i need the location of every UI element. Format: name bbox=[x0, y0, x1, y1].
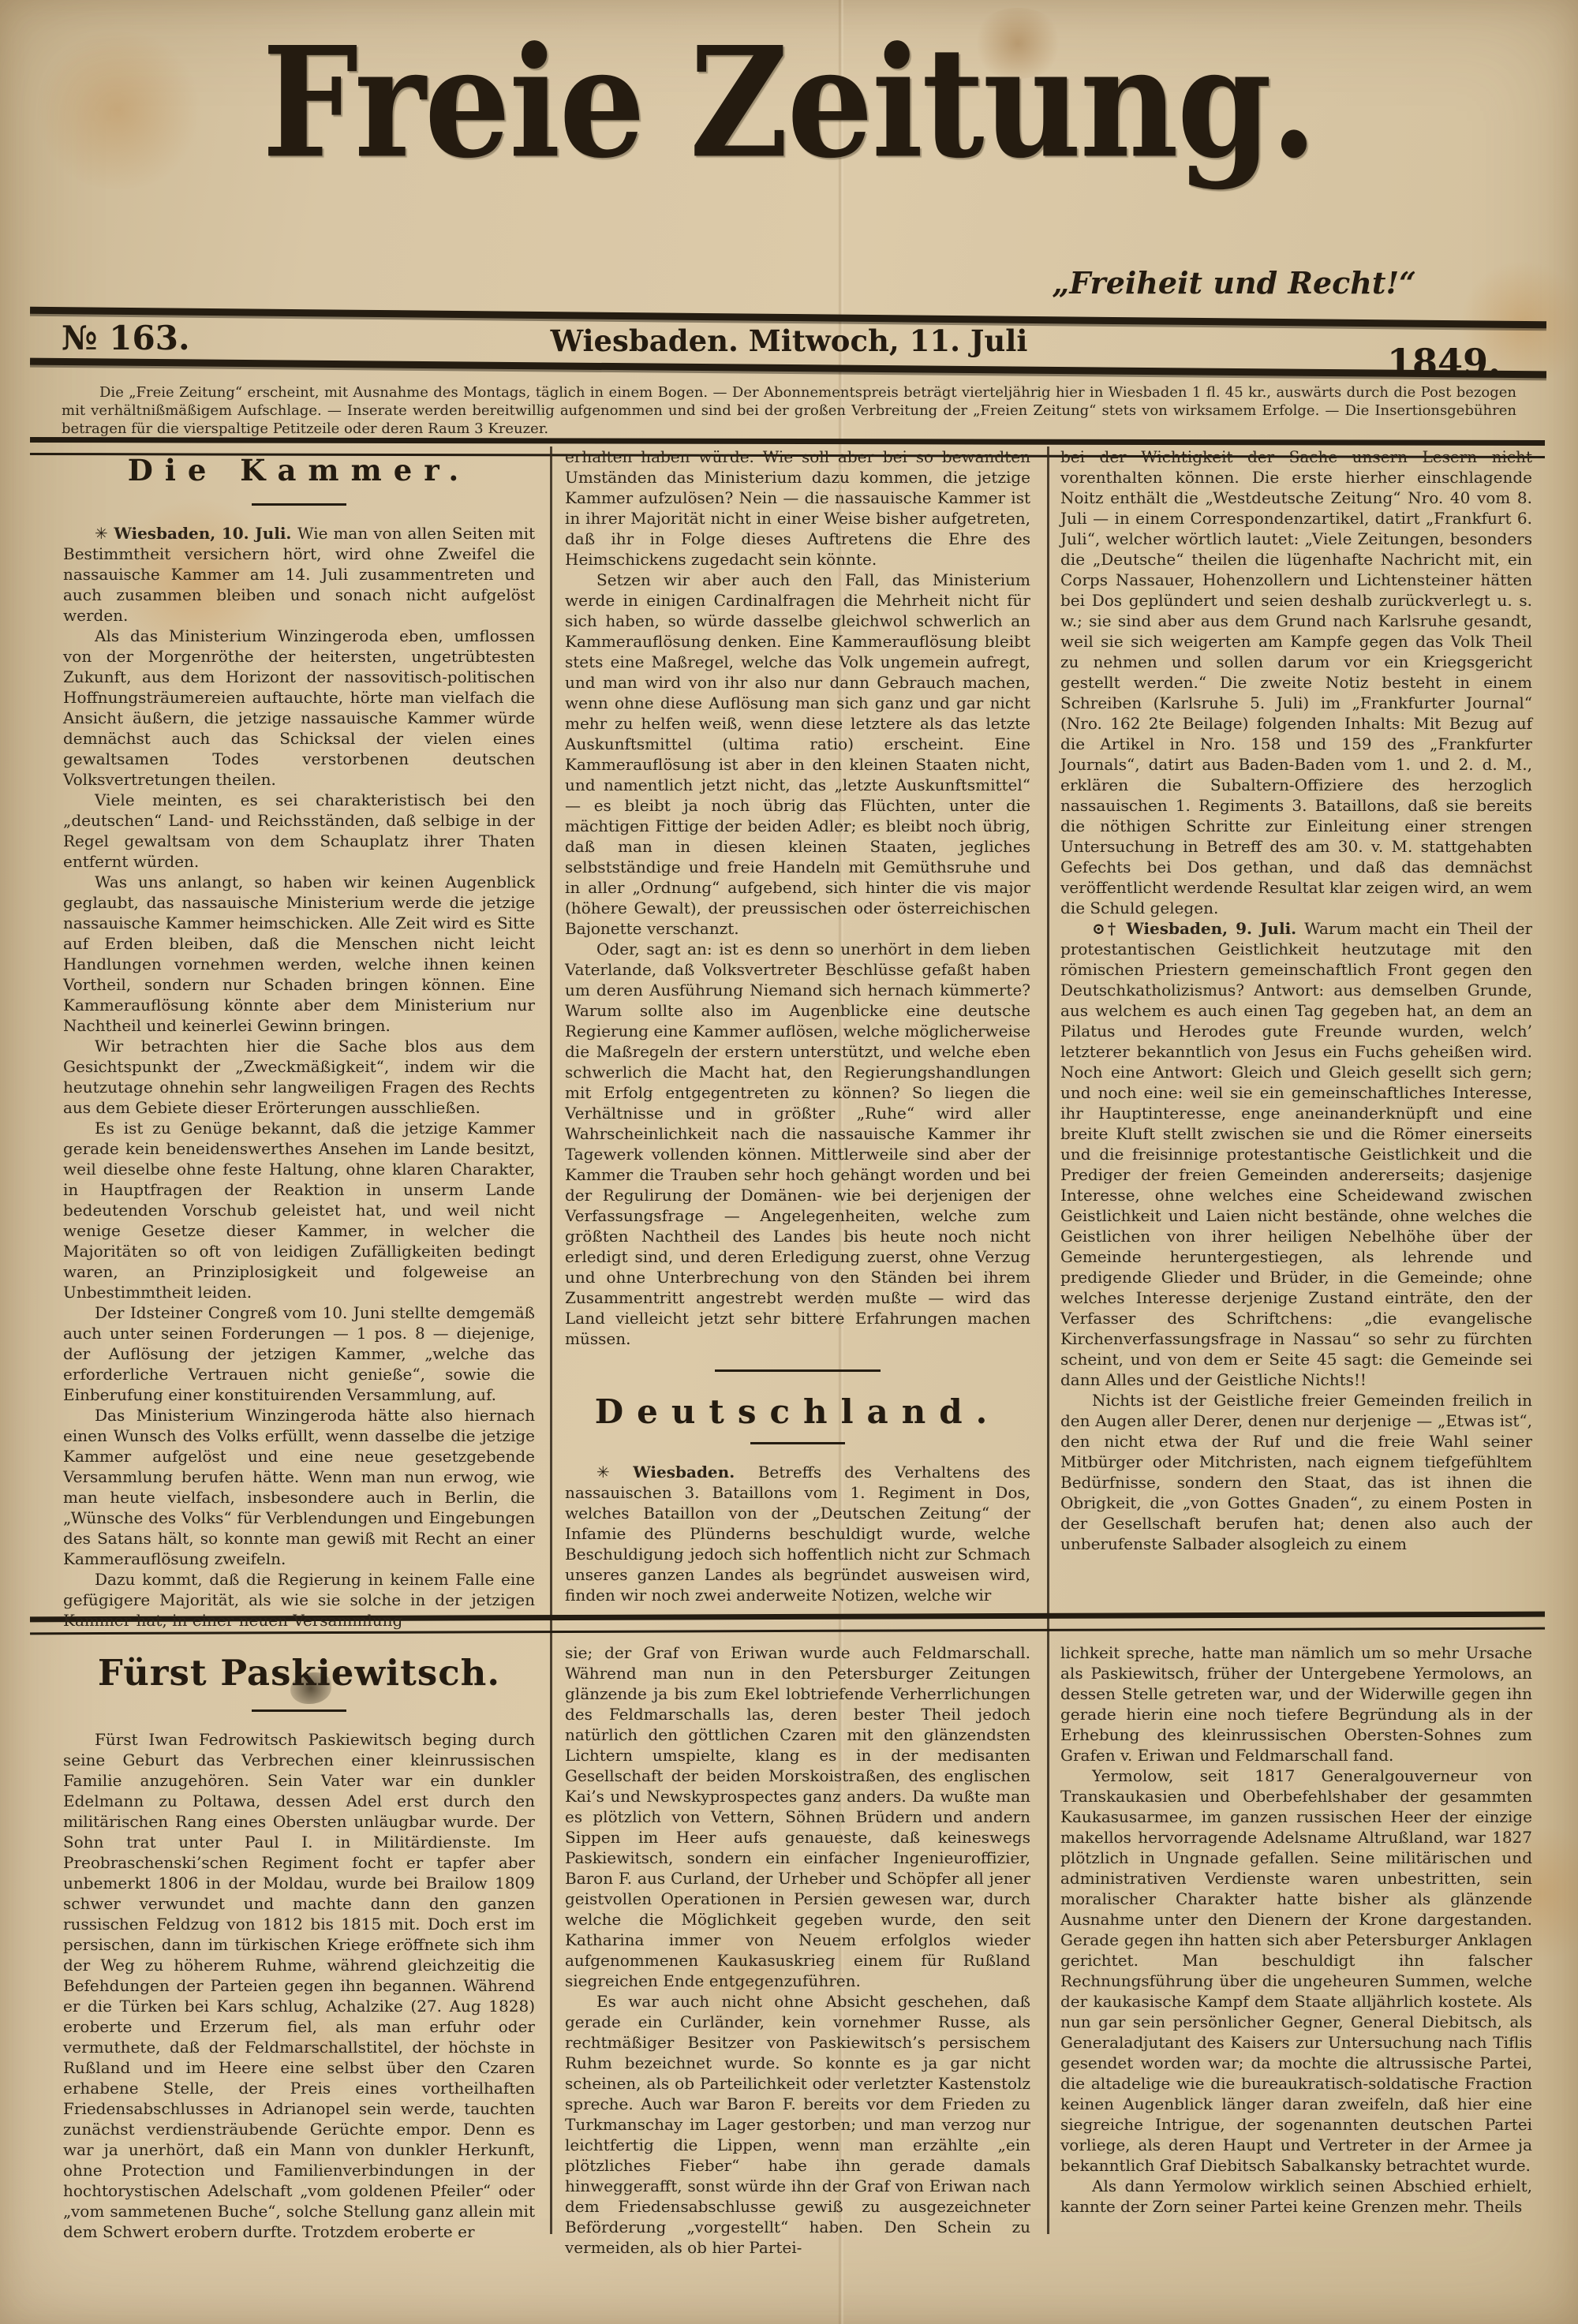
paragraph: Fürst Iwan Fedrowitsch Paskiewitsch begi… bbox=[63, 1729, 535, 2242]
column-middle-top: erhalten haben würde. Wie soll aber bei … bbox=[565, 446, 1030, 1605]
paragraph: Als das Ministerium Winzingeroda eben, u… bbox=[63, 626, 535, 790]
paragraph: Yermolow, seit 1817 Generalgouverneur vo… bbox=[1060, 1765, 1532, 2176]
paskiewitsch-body-end: lichkeit spreche, hatte man nämlich um s… bbox=[1060, 1642, 1532, 2217]
column-separator-left bbox=[550, 446, 552, 2234]
column-right-top: bei der Wichtigkeit der Sache unsern Les… bbox=[1060, 446, 1532, 1554]
heading-divider bbox=[252, 1709, 346, 1712]
paragraph: Es ist zu Genüge bekannt, daß die jetzig… bbox=[63, 1118, 535, 1302]
paragraph: Was uns anlangt, so haben wir keinen Aug… bbox=[63, 872, 535, 1036]
section-heading-deutschland: Deutschland. bbox=[565, 1392, 1030, 1431]
column-right-bottom: lichkeit spreche, hatte man nämlich um s… bbox=[1060, 1642, 1532, 2217]
article-die-kammer: Die Kammer. ✳ Wiesbaden, 10. Juli. Wie m… bbox=[63, 451, 535, 1631]
heading-divider bbox=[750, 1442, 845, 1444]
article-end-divider bbox=[715, 1369, 881, 1372]
paragraph: erhalten haben würde. Wie soll aber bei … bbox=[565, 446, 1030, 570]
paragraph: Das Ministerium Winzingeroda hätte also … bbox=[63, 1405, 535, 1569]
paragraph: Setzen wir aber auch den Fall, das Minis… bbox=[565, 570, 1030, 939]
paragraph: Nichts ist der Geistliche freier Gemeind… bbox=[1060, 1390, 1532, 1554]
article-heading-die-kammer: Die Kammer. bbox=[63, 453, 535, 488]
imprint-notice: Die „Freie Zeitung“ erscheint, mit Ausna… bbox=[62, 383, 1516, 438]
paskiewitsch-body: Fürst Iwan Fedrowitsch Paskiewitsch begi… bbox=[63, 1729, 535, 2242]
paragraph: sie; der Graf von Eriwan wurde auch Feld… bbox=[565, 1642, 1030, 1991]
paragraph: Als dann Yermolow wirklich seinen Abschi… bbox=[1060, 2176, 1532, 2217]
article-heading-paskiewitsch: Fürst Paskiewitsch. bbox=[63, 1652, 535, 1694]
paragraph: ✳ Wiesbaden, 10. Juli. Wie man von allen… bbox=[63, 523, 535, 626]
newspaper-motto: „Freiheit und Recht!“ bbox=[1053, 265, 1417, 301]
deutschland-body: ✳ Wiesbaden. Betreffs des Verhaltens des… bbox=[565, 1462, 1030, 1605]
article-fuerst-paskiewitsch: Fürst Paskiewitsch. Fürst Iwan Fedrowits… bbox=[63, 1650, 535, 2242]
paragraph: bei der Wichtigkeit der Sache unsern Les… bbox=[1060, 446, 1532, 918]
newspaper-title: Freie Zeitung. bbox=[0, 13, 1578, 192]
paskiewitsch-body-continued: sie; der Graf von Eriwan wurde auch Feld… bbox=[565, 1642, 1030, 2258]
header-rule-bottom bbox=[30, 358, 1546, 379]
heading-divider bbox=[252, 503, 346, 506]
article-body: ✳ Wiesbaden, 10. Juli. Wie man von allen… bbox=[63, 523, 535, 1631]
paragraph: Dazu kommt, daß die Regierung in keinem … bbox=[63, 1569, 535, 1631]
column-separator-right bbox=[1047, 446, 1049, 2234]
paragraph: Wir betrachten hier die Sache blos aus d… bbox=[63, 1036, 535, 1118]
deutschland-body-continued: bei der Wichtigkeit der Sache unsern Les… bbox=[1060, 446, 1532, 1554]
paragraph: Der Idsteiner Congreß vom 10. Juni stell… bbox=[63, 1302, 535, 1405]
paragraph: Es war auch nicht ohne Absicht geschehen… bbox=[565, 1991, 1030, 2258]
newspaper-page: Freie Zeitung. „Freiheit und Recht!“ № 1… bbox=[0, 0, 1578, 2324]
paragraph: ⊙† Wiesbaden, 9. Juli. Warum macht ein T… bbox=[1060, 918, 1532, 1390]
paragraph: ✳ Wiesbaden. Betreffs des Verhaltens des… bbox=[565, 1462, 1030, 1605]
paragraph: Oder, sagt an: ist es denn so unerhört i… bbox=[565, 939, 1030, 1349]
article-body-continued: erhalten haben würde. Wie soll aber bei … bbox=[565, 446, 1030, 1349]
dateline: Wiesbaden. Mitwoch, 11. Juli bbox=[0, 323, 1578, 358]
paragraph: Viele meinten, es sei charakteristisch b… bbox=[63, 790, 535, 872]
column-middle-bottom: sie; der Graf von Eriwan wurde auch Feld… bbox=[565, 1642, 1030, 2258]
paragraph: lichkeit spreche, hatte man nämlich um s… bbox=[1060, 1642, 1532, 1765]
